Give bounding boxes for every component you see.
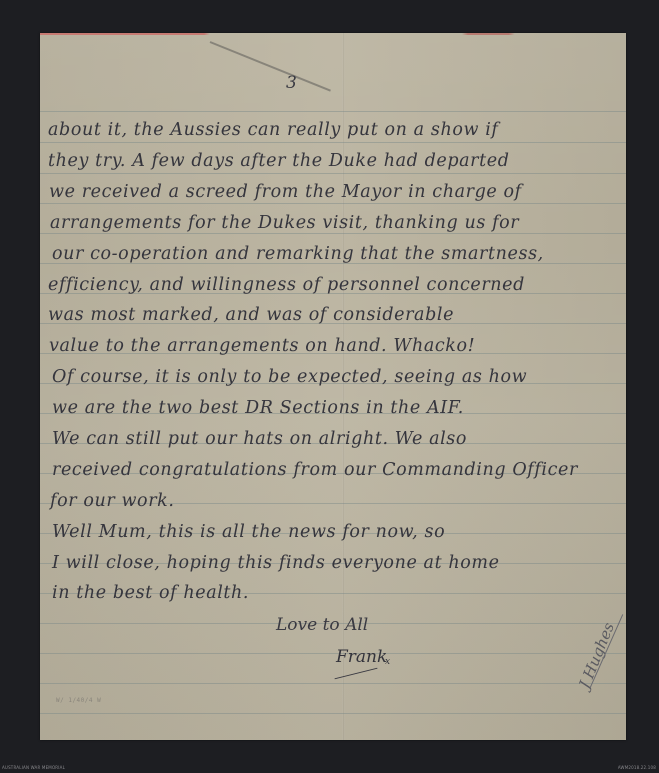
letter-line: value to the arrangements on hand. Whack… xyxy=(49,336,475,356)
page-number: 3 xyxy=(286,73,297,93)
document-viewer: 3 about it, the Aussies can really put o… xyxy=(0,0,659,773)
letter-line: in the best of health. xyxy=(52,583,249,603)
letter-line: Well Mum, this is all the news for now, … xyxy=(52,522,445,542)
ruled-line xyxy=(40,233,626,234)
ruled-line xyxy=(40,111,626,112)
ruled-line xyxy=(40,142,626,143)
ruled-line xyxy=(40,653,626,654)
footer-accession-number: AWM2018.22.108 xyxy=(618,765,656,770)
letter-line: was most marked, and was of considerable xyxy=(48,305,454,325)
censor-signature: J Hughes xyxy=(575,620,618,691)
ruled-line xyxy=(40,683,626,684)
letter-line: we received a screed from the Mayor in c… xyxy=(49,182,522,202)
letter-closing: Love to All xyxy=(276,615,368,635)
letter-page: 3 about it, the Aussies can really put o… xyxy=(40,33,626,740)
ruled-line xyxy=(40,173,626,174)
ruled-line xyxy=(40,203,626,204)
paper-crease xyxy=(210,41,331,92)
letter-line: efficiency, and willingness of personnel… xyxy=(48,275,525,295)
letter-line: our co-operation and remarking that the … xyxy=(52,244,544,264)
letter-line: received congratulations from our Comman… xyxy=(52,460,578,480)
signature-underline xyxy=(335,668,378,680)
letter-line: We can still put our hats on alright. We… xyxy=(52,429,467,449)
letter-line: for our work. xyxy=(50,491,175,511)
letter-line: arrangements for the Dukes visit, thanki… xyxy=(50,213,519,233)
letter-line: I will close, hoping this finds everyone… xyxy=(52,553,500,573)
ruled-line xyxy=(40,713,626,714)
letter-line: we are the two best DR Sections in the A… xyxy=(52,398,464,418)
paper-stamp: W/ 1/40/4 W xyxy=(56,697,101,704)
letter-line: about it, the Aussies can really put on … xyxy=(48,120,499,140)
letter-signature: Frank xyxy=(336,647,387,667)
footer-institution: AUSTRALIAN WAR MEMORIAL xyxy=(2,765,65,770)
paper-top-edge xyxy=(40,33,626,35)
letter-line: Of course, it is only to be expected, se… xyxy=(52,367,527,387)
letter-line: they try. A few days after the Duke had … xyxy=(48,151,510,171)
signature-mark: x xyxy=(385,657,390,667)
